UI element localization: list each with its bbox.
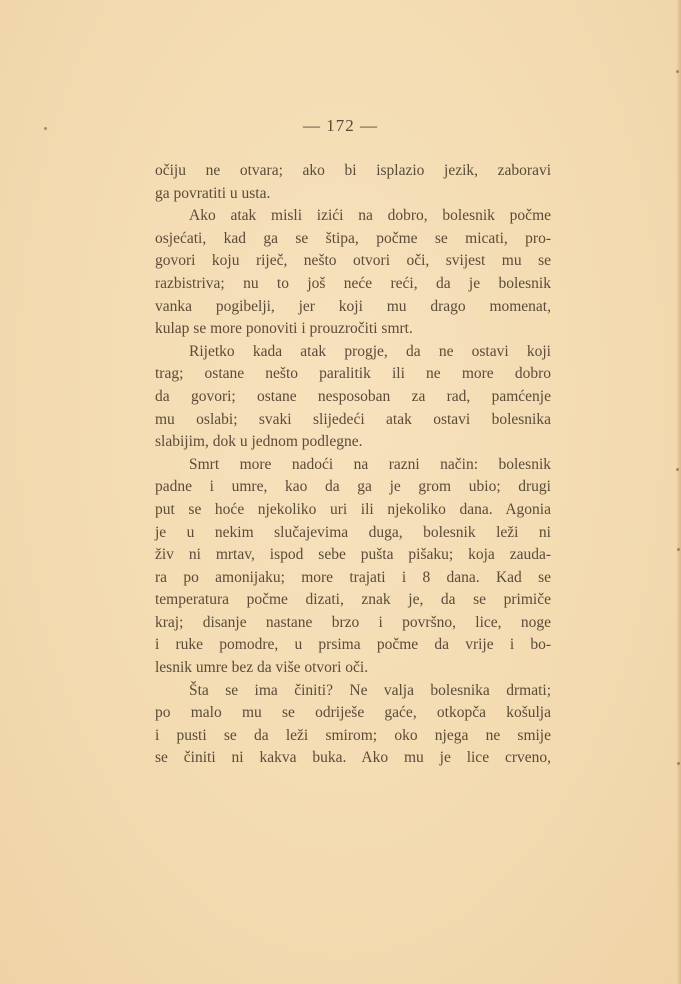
text-line: vanka pogibelji, jer koji mu drago momen… bbox=[155, 296, 551, 319]
text-line: padne i umre, kao da ga je grom ubio; dr… bbox=[155, 476, 551, 499]
text-line: osjećati, kad ga se štipa, počme se mica… bbox=[155, 228, 551, 251]
paper-speck bbox=[677, 548, 680, 551]
text-line: i pusti se da leži smirom; oko njega ne … bbox=[155, 725, 551, 748]
text-line: put se hoće njekoliko uri ili njekoliko … bbox=[155, 499, 551, 522]
text-line: Šta se ima činiti? Ne valja bolesnika dr… bbox=[155, 680, 551, 703]
text-line: kraj; disanje nastane brzo i površno, li… bbox=[155, 612, 551, 635]
text-line: Ako atak misli izići na dobro, bolesnik … bbox=[155, 205, 551, 228]
text-line: Rijetko kada atak progje, da ne ostavi k… bbox=[155, 341, 551, 364]
text-line: trag; ostane nešto paralitik ili ne more… bbox=[155, 363, 551, 386]
text-line: živ ni mrtav, ispod sebe pušta pišaku; k… bbox=[155, 544, 551, 567]
paragraph: Šta se ima činiti? Ne valja bolesnika dr… bbox=[155, 680, 551, 770]
text-line: slabijim, dok u jednom podlegne. bbox=[155, 431, 551, 454]
text-line: očiju ne otvara; ako bi isplazio jezik, … bbox=[155, 160, 551, 183]
text-line: je u nekim slučajevima duga, bolesnik le… bbox=[155, 522, 551, 545]
paragraph: Ako atak misli izići na dobro, bolesnik … bbox=[155, 205, 551, 341]
text-line: razbistriva; nu to još neće reći, da je … bbox=[155, 273, 551, 296]
text-line: lesnik umre bez da više otvori oči. bbox=[155, 657, 551, 680]
text-line: govori koju riječ, nešto otvori oči, svi… bbox=[155, 250, 551, 273]
text-line: kulap se more ponoviti i prouzročiti smr… bbox=[155, 318, 551, 341]
text-line: Smrt more nadoći na razni način: bolesni… bbox=[155, 454, 551, 477]
paper-speck bbox=[676, 468, 679, 471]
page-number: — 172 — bbox=[0, 116, 681, 136]
text-line: po malo mu se odriješe gaće, otkopča koš… bbox=[155, 702, 551, 725]
text-line: da govori; ostane nesposoban za rad, pam… bbox=[155, 386, 551, 409]
paragraph: Rijetko kada atak progje, da ne ostavi k… bbox=[155, 341, 551, 454]
page-edge bbox=[677, 0, 681, 984]
paper-speck bbox=[676, 70, 679, 73]
text-line: mu oslabi; svaki slijedeći atak ostavi b… bbox=[155, 409, 551, 432]
text-line: ra po amonijaku; more trajati i 8 dana. … bbox=[155, 567, 551, 590]
text-line: temperatura počme dizati, znak je, da se… bbox=[155, 589, 551, 612]
text-line: i ruke pomodre, u prsima počme da vrije … bbox=[155, 634, 551, 657]
text-line: se činiti ni kakva buka. Ako mu je lice … bbox=[155, 747, 551, 770]
paragraph: Smrt more nadoći na razni način: bolesni… bbox=[155, 454, 551, 680]
paper-speck bbox=[677, 762, 680, 765]
paragraph: očiju ne otvara; ako bi isplazio jezik, … bbox=[155, 160, 551, 205]
text-line: ga povratiti u usta. bbox=[155, 183, 551, 206]
body-text: očiju ne otvara; ako bi isplazio jezik, … bbox=[155, 160, 551, 770]
